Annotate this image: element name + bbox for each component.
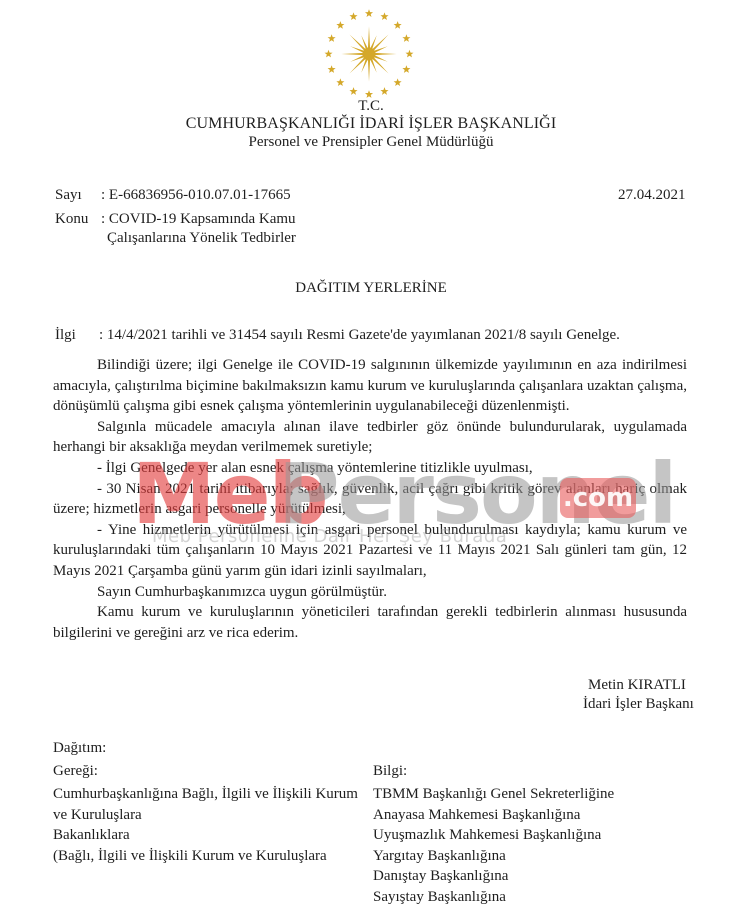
signatory-title: İdari İşler Başkanı <box>583 696 694 713</box>
addressee: DAĞITIM YERLERİNE <box>0 280 742 297</box>
body-bullet: - 30 Nisan 2021 tarihi itibarıyla; sağlı… <box>53 479 687 520</box>
body-paragraph: Salgınla mücadele amacıyla alınan ilave … <box>53 417 687 458</box>
sayi-value: : E-66836956-010.07.01-17665 <box>101 187 291 204</box>
tc-label: T.C. <box>0 98 742 115</box>
bilgi-item: Yargıtay Başkanlığına <box>373 846 614 867</box>
gerequi-item: Bakanlıklara <box>53 825 358 846</box>
gerequi-item: ve Kuruluşlara <box>53 805 358 826</box>
signatory-name: Metin KIRATLI <box>588 677 686 694</box>
letter-body: Bilindiği üzere; ilgi Genelge ile COVID-… <box>53 355 687 643</box>
distribution-label: Dağıtım: <box>53 740 106 757</box>
gerequi-item: Cumhurbaşkanlığına Bağlı, İlgili ve İliş… <box>53 784 358 805</box>
body-paragraph: Sayın Cumhurbaşkanımızca uygun görülmüşt… <box>53 582 687 603</box>
bilgi-item: Uyuşmazlık Mahkemesi Başkanlığına <box>373 825 614 846</box>
document-date: 27.04.2021 <box>618 187 686 204</box>
body-paragraph: Bilindiği üzere; ilgi Genelge ile COVID-… <box>53 355 687 417</box>
ilgi-label: İlgi <box>55 327 76 344</box>
gerequi-item: (Bağlı, İlgili ve İlişkili Kurum ve Kuru… <box>53 846 358 867</box>
organization-title: CUMHURBAŞKANLIĞI İDARİ İŞLER BAŞKANLIĞI <box>0 115 742 133</box>
bilgi-label: Bilgi: <box>373 763 407 780</box>
gerequi-label: Gereği: <box>53 763 98 780</box>
presidential-seal-icon <box>323 8 415 100</box>
bilgi-item: Danıştay Başkanlığına <box>373 866 614 887</box>
konu-label: Konu <box>55 211 88 228</box>
sayi-label: Sayı <box>55 187 82 204</box>
bilgi-item: TBMM Başkanlığı Genel Sekreterliğine <box>373 784 614 805</box>
konu-value-line2: Çalışanlarına Yönelik Tedbirler <box>107 230 296 247</box>
ilgi-value: : 14/4/2021 tarihli ve 31454 sayılı Resm… <box>99 327 620 344</box>
body-bullet: - İlgi Genelgede yer alan esnek çalışma … <box>53 458 687 479</box>
body-paragraph: Kamu kurum ve kuruluşlarının yöneticiler… <box>53 602 687 643</box>
bilgi-item: Anayasa Mahkemesi Başkanlığına <box>373 805 614 826</box>
bilgi-item: Sayıştay Başkanlığına <box>373 887 614 908</box>
konu-value-line1: : COVID-19 Kapsamında Kamu <box>101 211 296 228</box>
body-bullet: - Yine hizmetlerin yürütülmesi için asga… <box>53 520 687 582</box>
gerequi-list: Cumhurbaşkanlığına Bağlı, İlgili ve İliş… <box>53 784 358 866</box>
department-title: Personel ve Prensipler Genel Müdürlüğü <box>0 134 742 151</box>
bilgi-list: TBMM Başkanlığı Genel Sekreterliğine Ana… <box>373 784 614 907</box>
